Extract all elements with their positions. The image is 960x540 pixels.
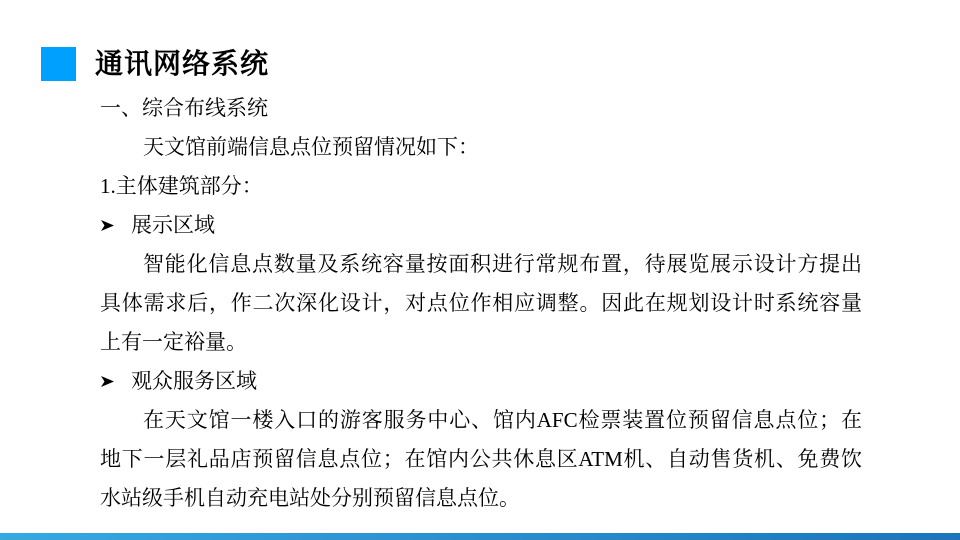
arrow-bullet-icon	[100, 218, 115, 233]
text-line-subsection-heading: 1.主体建筑部分：	[100, 167, 862, 206]
bullet-item-service-area: 观众服务区域	[100, 362, 862, 401]
bullet-item-display-area: 展示区域	[100, 206, 862, 245]
paragraph-line: 在天文馆一楼入口的游客服务中心、馆内AFC检票装置位预留信息点位；在	[100, 401, 862, 440]
paragraph-line: 智能化信息点数量及系统容量按面积进行常规布置，待展览展示设计方提出	[100, 245, 862, 284]
slide-header: 通讯网络系统	[41, 47, 269, 81]
paragraph-line: 具体需求后，作二次深化设计，对点位作相应调整。因此在规划设计时系统容量	[100, 284, 862, 323]
text-line-section-heading: 一、综合布线系统	[100, 89, 862, 128]
footer-accent-bar	[0, 533, 960, 540]
paragraph-line: 上有一定裕量。	[100, 323, 862, 362]
slide: 通讯网络系统 一、综合布线系统 天文馆前端信息点位预留情况如下： 1.主体建筑部…	[0, 0, 960, 540]
body-text-block: 一、综合布线系统 天文馆前端信息点位预留情况如下： 1.主体建筑部分： 展示区域…	[100, 89, 862, 518]
page-title: 通讯网络系统	[95, 47, 269, 81]
arrow-bullet-icon	[100, 374, 115, 389]
title-accent-square-icon	[41, 47, 76, 81]
bullet-item-label: 展示区域	[131, 206, 215, 245]
text-line-intro: 天文馆前端信息点位预留情况如下：	[100, 128, 862, 167]
bullet-item-label: 观众服务区域	[131, 362, 257, 401]
paragraph-line: 地下一层礼品店预留信息点位；在馆内公共休息区ATM机、自动售货机、免费饮	[100, 440, 862, 479]
paragraph-line: 水站级手机自动充电站处分别预留信息点位。	[100, 479, 862, 518]
